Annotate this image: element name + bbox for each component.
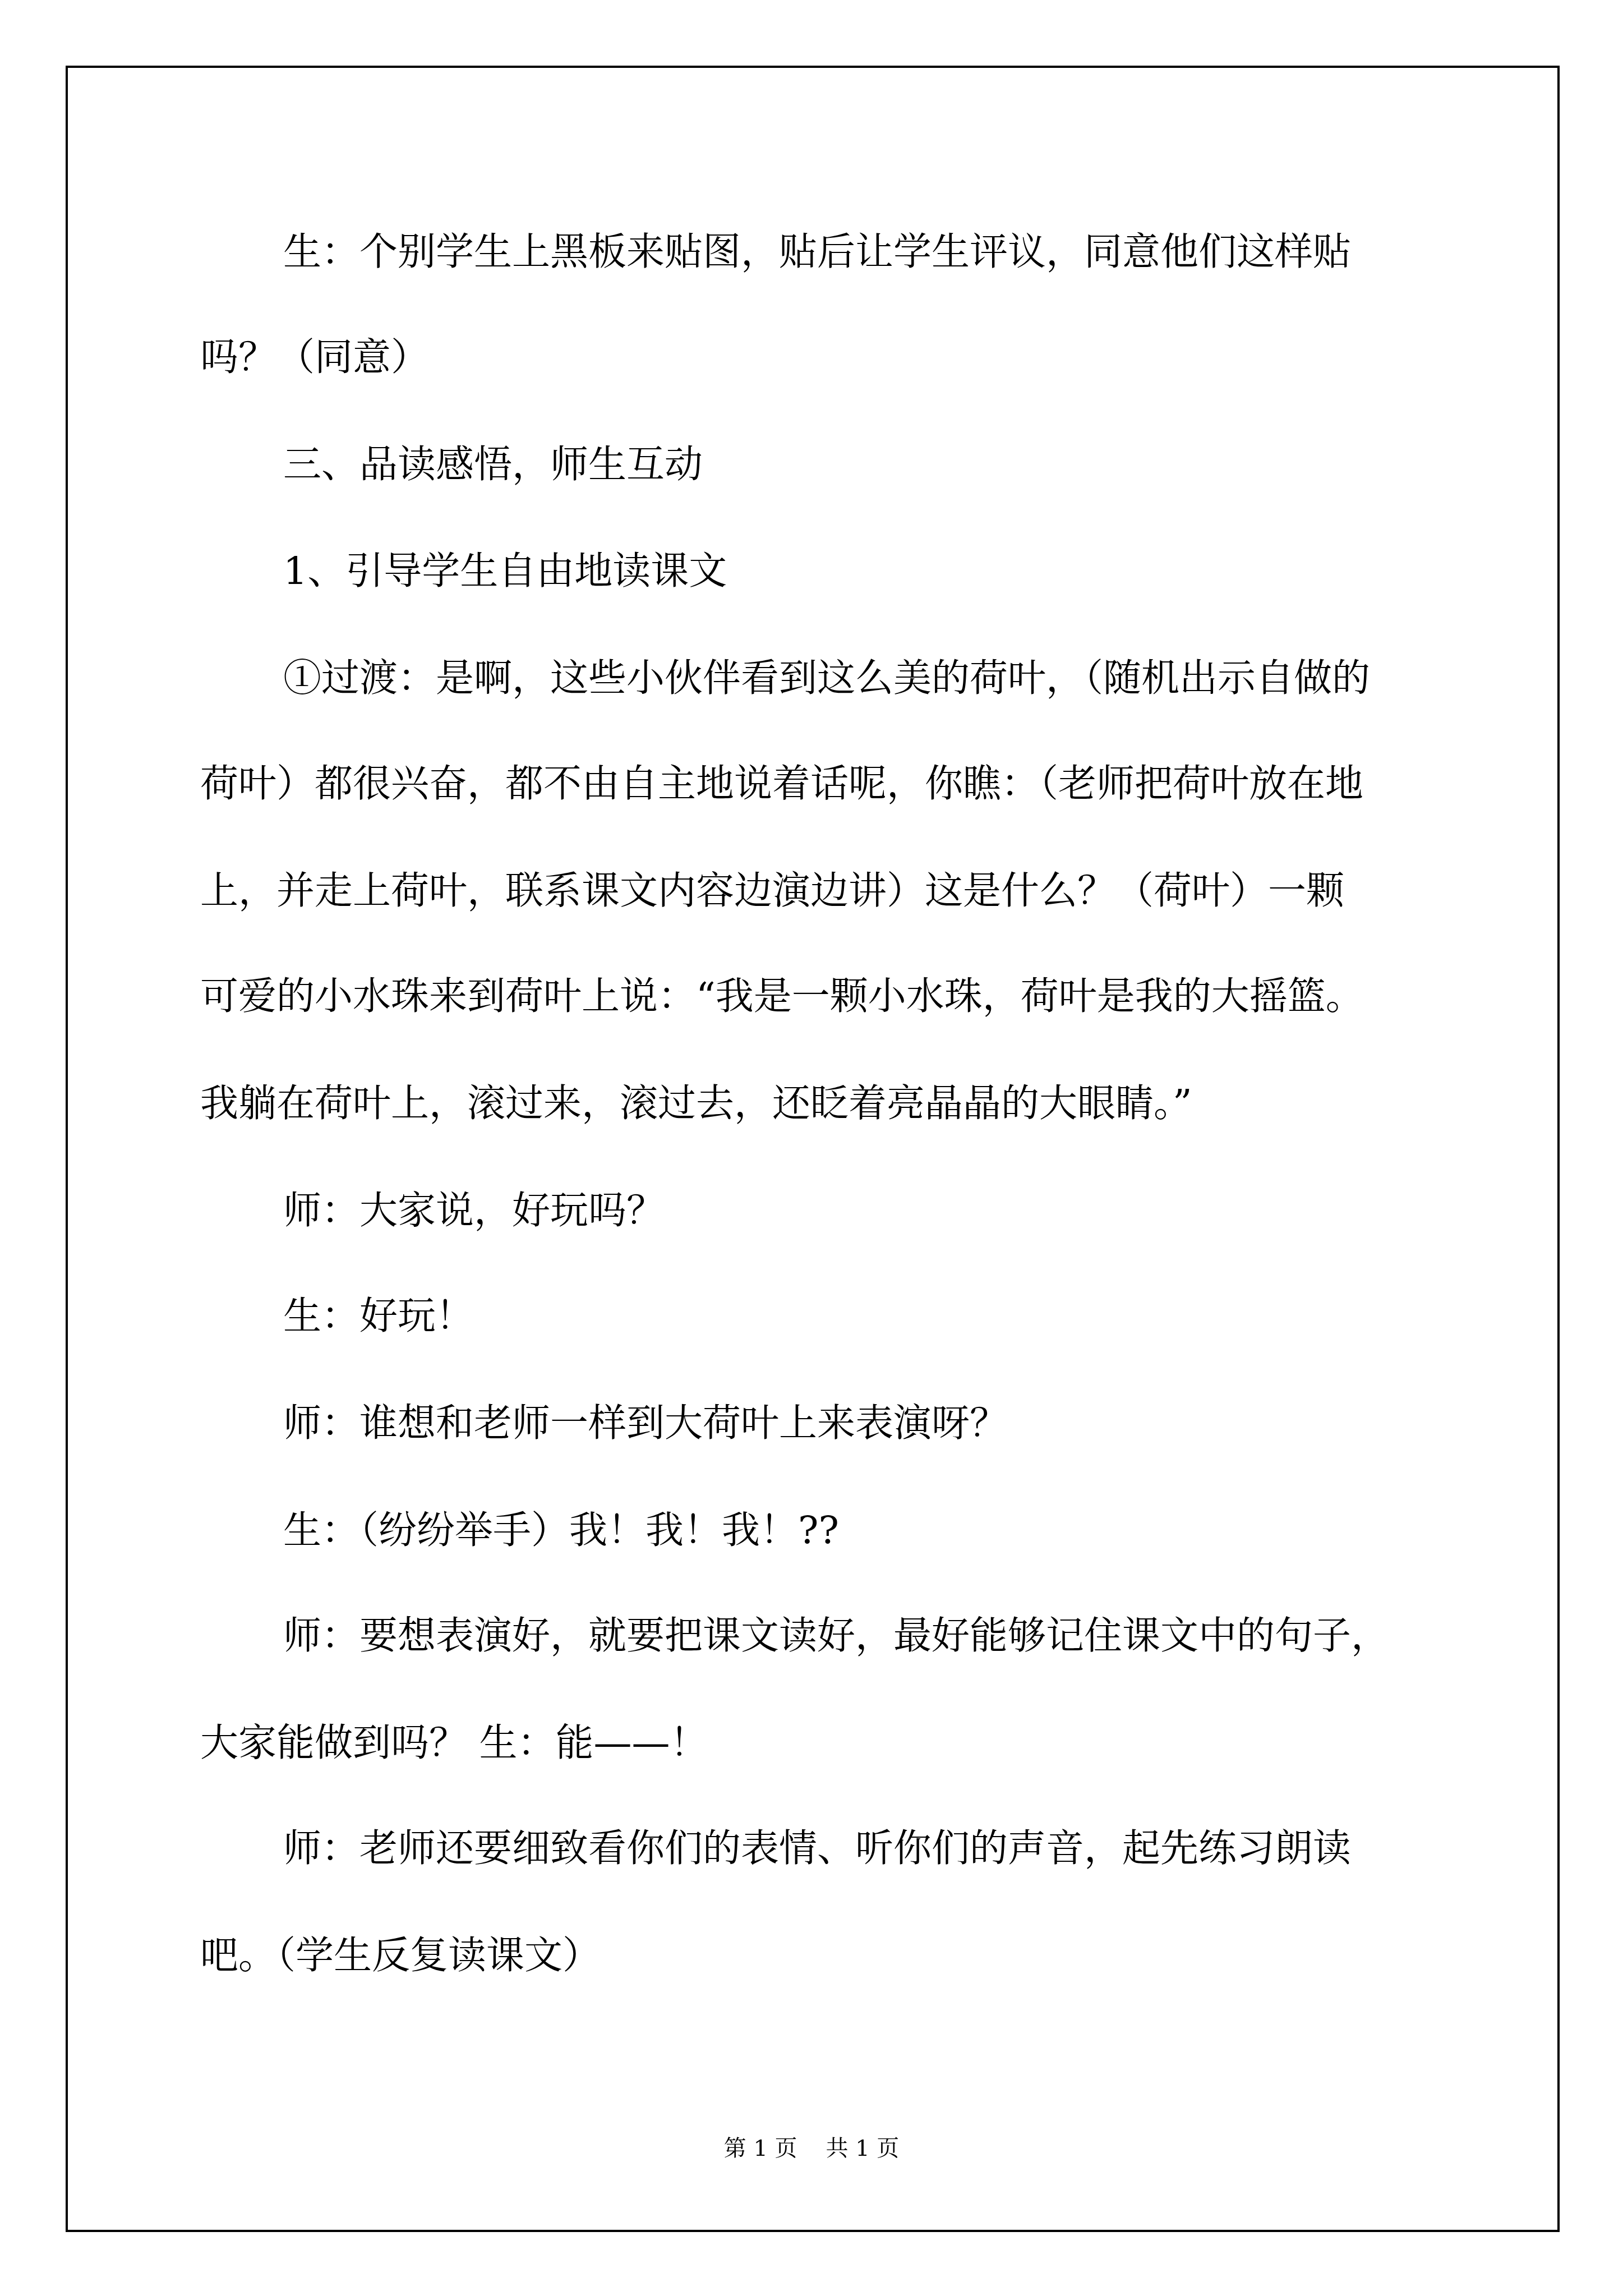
paragraph-line: ①过渡：是啊，这些小伙伴看到这么美的荷叶，（随机出示自做的 [283,656,1517,701]
dialogue-line-continued: 吧。（学生反复读课文） [200,1934,1434,1978]
paragraph-line: 可爱的小水珠来到荷叶上说：“我是一颗小水珠，荷叶是我的大摇篮。 [200,974,1434,1019]
page-number-footer: 第 1 页 共 1 页 [0,2134,1623,2162]
dialogue-line-teacher: 师：谁想和老师一样到大荷叶上来表演呀？ [283,1401,1517,1446]
subsection-heading: 1、引导学生自由地读课文 [283,549,1517,594]
dialogue-line-teacher: 师：要想表演好，就要把课文读好，最好能够记住课文中的句子， [283,1614,1517,1659]
page-border [66,66,1560,2232]
dialogue-line-continued: 大家能做到吗？ 生：能——！ [200,1721,1434,1766]
dialogue-line-student: 生：好玩！ [283,1294,1517,1339]
paragraph-line: 上，并走上荷叶，联系课文内容边演边讲）这是什么？（荷叶）一颗 [200,869,1434,914]
dialogue-line-student: 生：（纷纷举手）我！我！我！?? [283,1508,1517,1553]
dialogue-line-teacher: 师：老师还要细致看你们的表情、听你们的声音，起先练习朗读 [283,1826,1517,1871]
paragraph-line: 荷叶）都很兴奋，都不由自主地说着话呢，你瞧：（老师把荷叶放在地 [200,762,1434,807]
paragraph-line: 生：个别学生上黑板来贴图，贴后让学生评议，同意他们这样贴 [283,230,1517,275]
paragraph-line: 吗？（同意） [200,335,1434,380]
dialogue-line-teacher: 师：大家说，好玩吗？ [283,1189,1517,1234]
section-heading: 三、品读感悟，师生互动 [283,443,1517,487]
paragraph-line: 我躺在荷叶上，滚过来，滚过去，还眨着亮晶晶的大眼睛。” [200,1082,1434,1126]
